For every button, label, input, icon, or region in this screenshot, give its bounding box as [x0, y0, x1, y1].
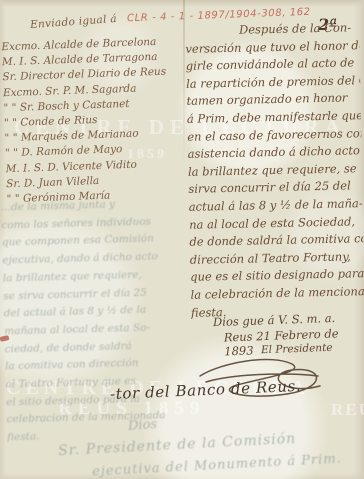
- letter-body: Después de la Con-versación que tuvo el …: [185, 19, 364, 322]
- verso-bleedthrough-text: ...de la misma junta ycomo los señores i…: [1, 195, 193, 448]
- manuscript-page: { "document": { "archival_ref": "CLR - 4…: [0, 0, 364, 479]
- verso-footer-addressee-2: ejecutiva del Monumento á Prim.: [92, 451, 342, 479]
- distribution-list-heading: Enviado igual á: [30, 13, 118, 31]
- verso-footer-dios: Dios: [128, 417, 158, 434]
- distribution-list: Excmo. Alcalde de BarcelonaM. I. S. Alca…: [1, 34, 193, 208]
- text-line: la celebración de la mencionada: [190, 283, 364, 304]
